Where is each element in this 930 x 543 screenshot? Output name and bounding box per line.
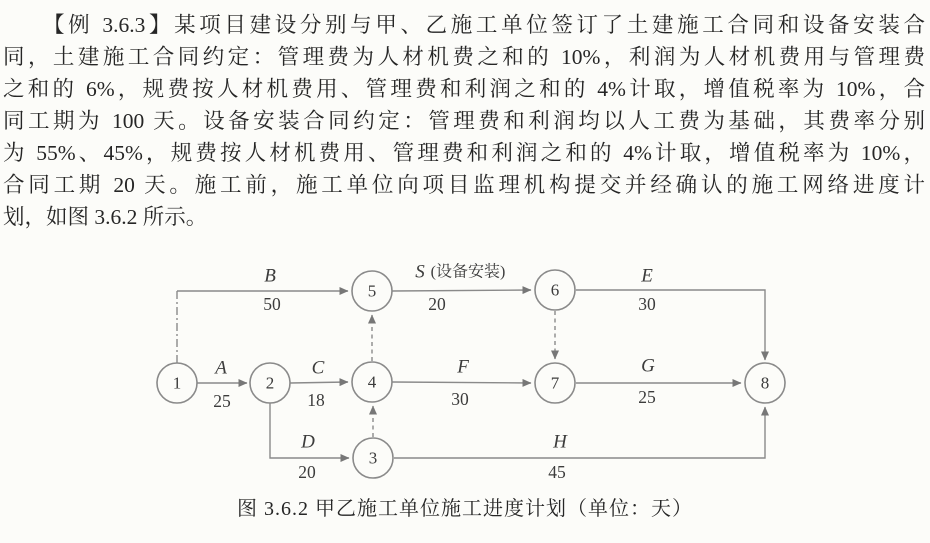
node-5-number: 5 xyxy=(368,282,377,301)
activity-G: G 25 xyxy=(576,356,741,408)
activity-A: A 25 xyxy=(197,358,247,412)
node-5: 5 xyxy=(352,271,392,311)
activity-S-label: S xyxy=(415,262,425,283)
node-8: 8 xyxy=(745,363,785,403)
activity-S-note: (设备安装) xyxy=(431,263,506,281)
activity-B: B 50 xyxy=(177,266,348,364)
activity-E-label: E xyxy=(640,266,653,287)
paragraph-line: 划，如图 3.6.2 所示。 xyxy=(3,201,925,233)
activity-F-duration: 30 xyxy=(451,389,469,409)
figure-caption: 图 3.6.2 甲乙施工单位施工进度计划（单位：天） xyxy=(0,492,930,521)
node-3: 3 xyxy=(353,438,393,478)
paragraph-line: 之和的 6%，规费按人材机费用、管理费和利润之和的 4%计取，增值税率为 10%… xyxy=(3,73,925,105)
activity-F-label: F xyxy=(456,357,469,378)
activity-S-duration: 20 xyxy=(428,294,446,314)
paragraph-line: 【例 3.6.3】某项目建设分别与甲、乙施工单位签订了土建施工合同和设备安装合 xyxy=(3,9,925,41)
node-2-number: 2 xyxy=(266,374,275,393)
node-4: 4 xyxy=(352,362,392,402)
activity-S: S (设备安装) 20 xyxy=(392,262,531,315)
activity-E-duration: 30 xyxy=(638,294,656,314)
node-2: 2 xyxy=(250,363,290,403)
node-8-number: 8 xyxy=(761,374,770,393)
activity-B-label: B xyxy=(264,266,276,287)
node-3-number: 3 xyxy=(369,449,378,468)
activity-A-label: A xyxy=(213,358,227,379)
node-4-number: 4 xyxy=(368,373,377,392)
node-7-number: 7 xyxy=(551,374,560,393)
node-6: 6 xyxy=(535,270,575,310)
paragraph-line: 同工期为 100 天。设备安装合同约定：管理费和利润均以人工费为基础，其费率分别 xyxy=(3,105,925,137)
problem-statement: 【例 3.6.3】某项目建设分别与甲、乙施工单位签订了土建施工合同和设备安装合 … xyxy=(3,9,925,233)
activity-H: H 45 xyxy=(394,407,765,482)
activity-H-label: H xyxy=(552,432,568,453)
activity-C-label: C xyxy=(312,358,325,379)
activity-G-label: G xyxy=(641,356,655,377)
activity-C-duration: 18 xyxy=(307,390,325,410)
network-diagram: A 25 B 50 C 18 D 20 S (设备安装) 20 E 30 F 3… xyxy=(0,240,930,490)
activity-D-label: D xyxy=(300,432,315,453)
activity-D: D 20 xyxy=(270,403,349,482)
paragraph-line: 合同工期 20 天。施工前，施工单位向项目监理机构提交并经确认的施工网络进度计 xyxy=(3,169,925,201)
activity-C: C 18 xyxy=(290,358,348,411)
activity-A-duration: 25 xyxy=(213,391,231,411)
node-1-number: 1 xyxy=(173,374,182,393)
paragraph-line: 同，土建施工合同约定：管理费为人材机费之和的 10%，利润为人材机费用与管理费 xyxy=(3,41,925,73)
activity-D-duration: 20 xyxy=(298,462,316,482)
paragraph-line: 为 55%、45%，规费按人材机费用、管理费和利润之和的 4%计取，增值税率为 … xyxy=(3,137,925,169)
node-1: 1 xyxy=(157,363,197,403)
activity-H-duration: 45 xyxy=(548,462,566,482)
node-6-number: 6 xyxy=(551,281,560,300)
activity-F: F 30 xyxy=(392,357,531,410)
activity-B-duration: 50 xyxy=(263,294,281,314)
activity-G-duration: 25 xyxy=(638,387,656,407)
node-7: 7 xyxy=(535,363,575,403)
activity-E: E 30 xyxy=(576,266,765,361)
